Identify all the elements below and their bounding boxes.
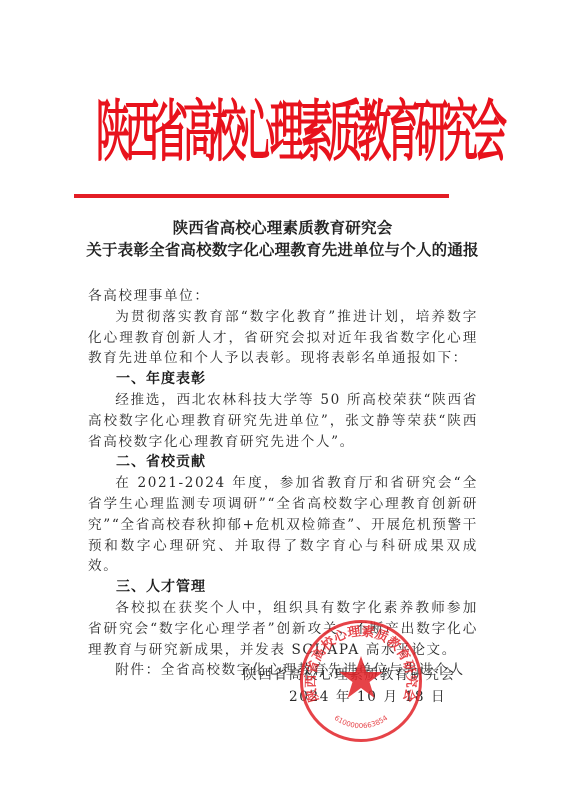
section-body-annual-award: 经推选，西北农林科技大学等 50 所高校荣获“陕西省高校数字化心理教育研究先进单… [88, 390, 478, 452]
section-heading-talent: 三、人才管理 [88, 577, 478, 598]
letterhead-title-char: 高 [183, 100, 212, 166]
letterhead-title-char: 质 [328, 100, 357, 166]
letterhead-divider [74, 194, 449, 198]
letterhead-title-char: 西 [125, 100, 154, 166]
document-heading-organization: 陕西省高校心理素质教育研究会 [0, 216, 565, 238]
letterhead-title-char: 育 [386, 100, 415, 166]
letterhead-title-char: 素 [299, 100, 328, 166]
letterhead-title-char: 教 [357, 100, 386, 166]
section-heading-contribution: 二、省校贡献 [88, 452, 478, 473]
signature-block: 陕西省高校心理素质教育研究会 2024 年 10 月 18 日 [243, 664, 456, 708]
letterhead-title-char: 省 [154, 100, 183, 166]
letterhead-title-char: 陕 [96, 100, 125, 166]
document-heading-subject: 关于表彰全省高校数字化心理教育先进单位与个人的通报 [0, 238, 565, 260]
signature-date: 2024 年 10 月 18 日 [243, 686, 456, 708]
letterhead-title-char: 理 [270, 100, 299, 166]
salutation: 各高校理事单位： [88, 286, 478, 307]
letterhead-title-char: 校 [212, 100, 241, 166]
section-heading-annual-award: 一、年度表彰 [88, 369, 478, 390]
signature-organization: 陕西省高校心理素质教育研究会 [243, 664, 456, 686]
letterhead-title-char: 研 [415, 100, 444, 166]
letterhead-title-char: 心 [241, 100, 270, 166]
intro-paragraph: 为贯彻落实教育部“数字化教育”推进计划，培养数字化心理教育创新人才，省研究会拟对… [88, 307, 478, 369]
letterhead-title-char: 会 [473, 100, 502, 166]
document-page: 陕西省高校心理素质教育研究会 陕西省高校心理素质教育研究会 关于表彰全省高校数字… [0, 0, 565, 800]
section-body-talent: 各校拟在获奖个人中，组织具有数字化素养教师参加省研究会“数字化心理学者”创新攻关… [88, 598, 478, 660]
letterhead-title-char: 究 [444, 100, 473, 166]
letterhead-title: 陕西省高校心理素质教育研究会 [96, 98, 472, 168]
document-body: 各高校理事单位： 为贯彻落实教育部“数字化教育”推进计划，培养数字化心理教育创新… [88, 286, 478, 681]
section-body-contribution: 在 2021-2024 年度，参加省教育厅和省研究会“全省学生心理监测专项调研”… [88, 473, 478, 577]
svg-text:6100000663854: 6100000663854 [333, 714, 390, 731]
